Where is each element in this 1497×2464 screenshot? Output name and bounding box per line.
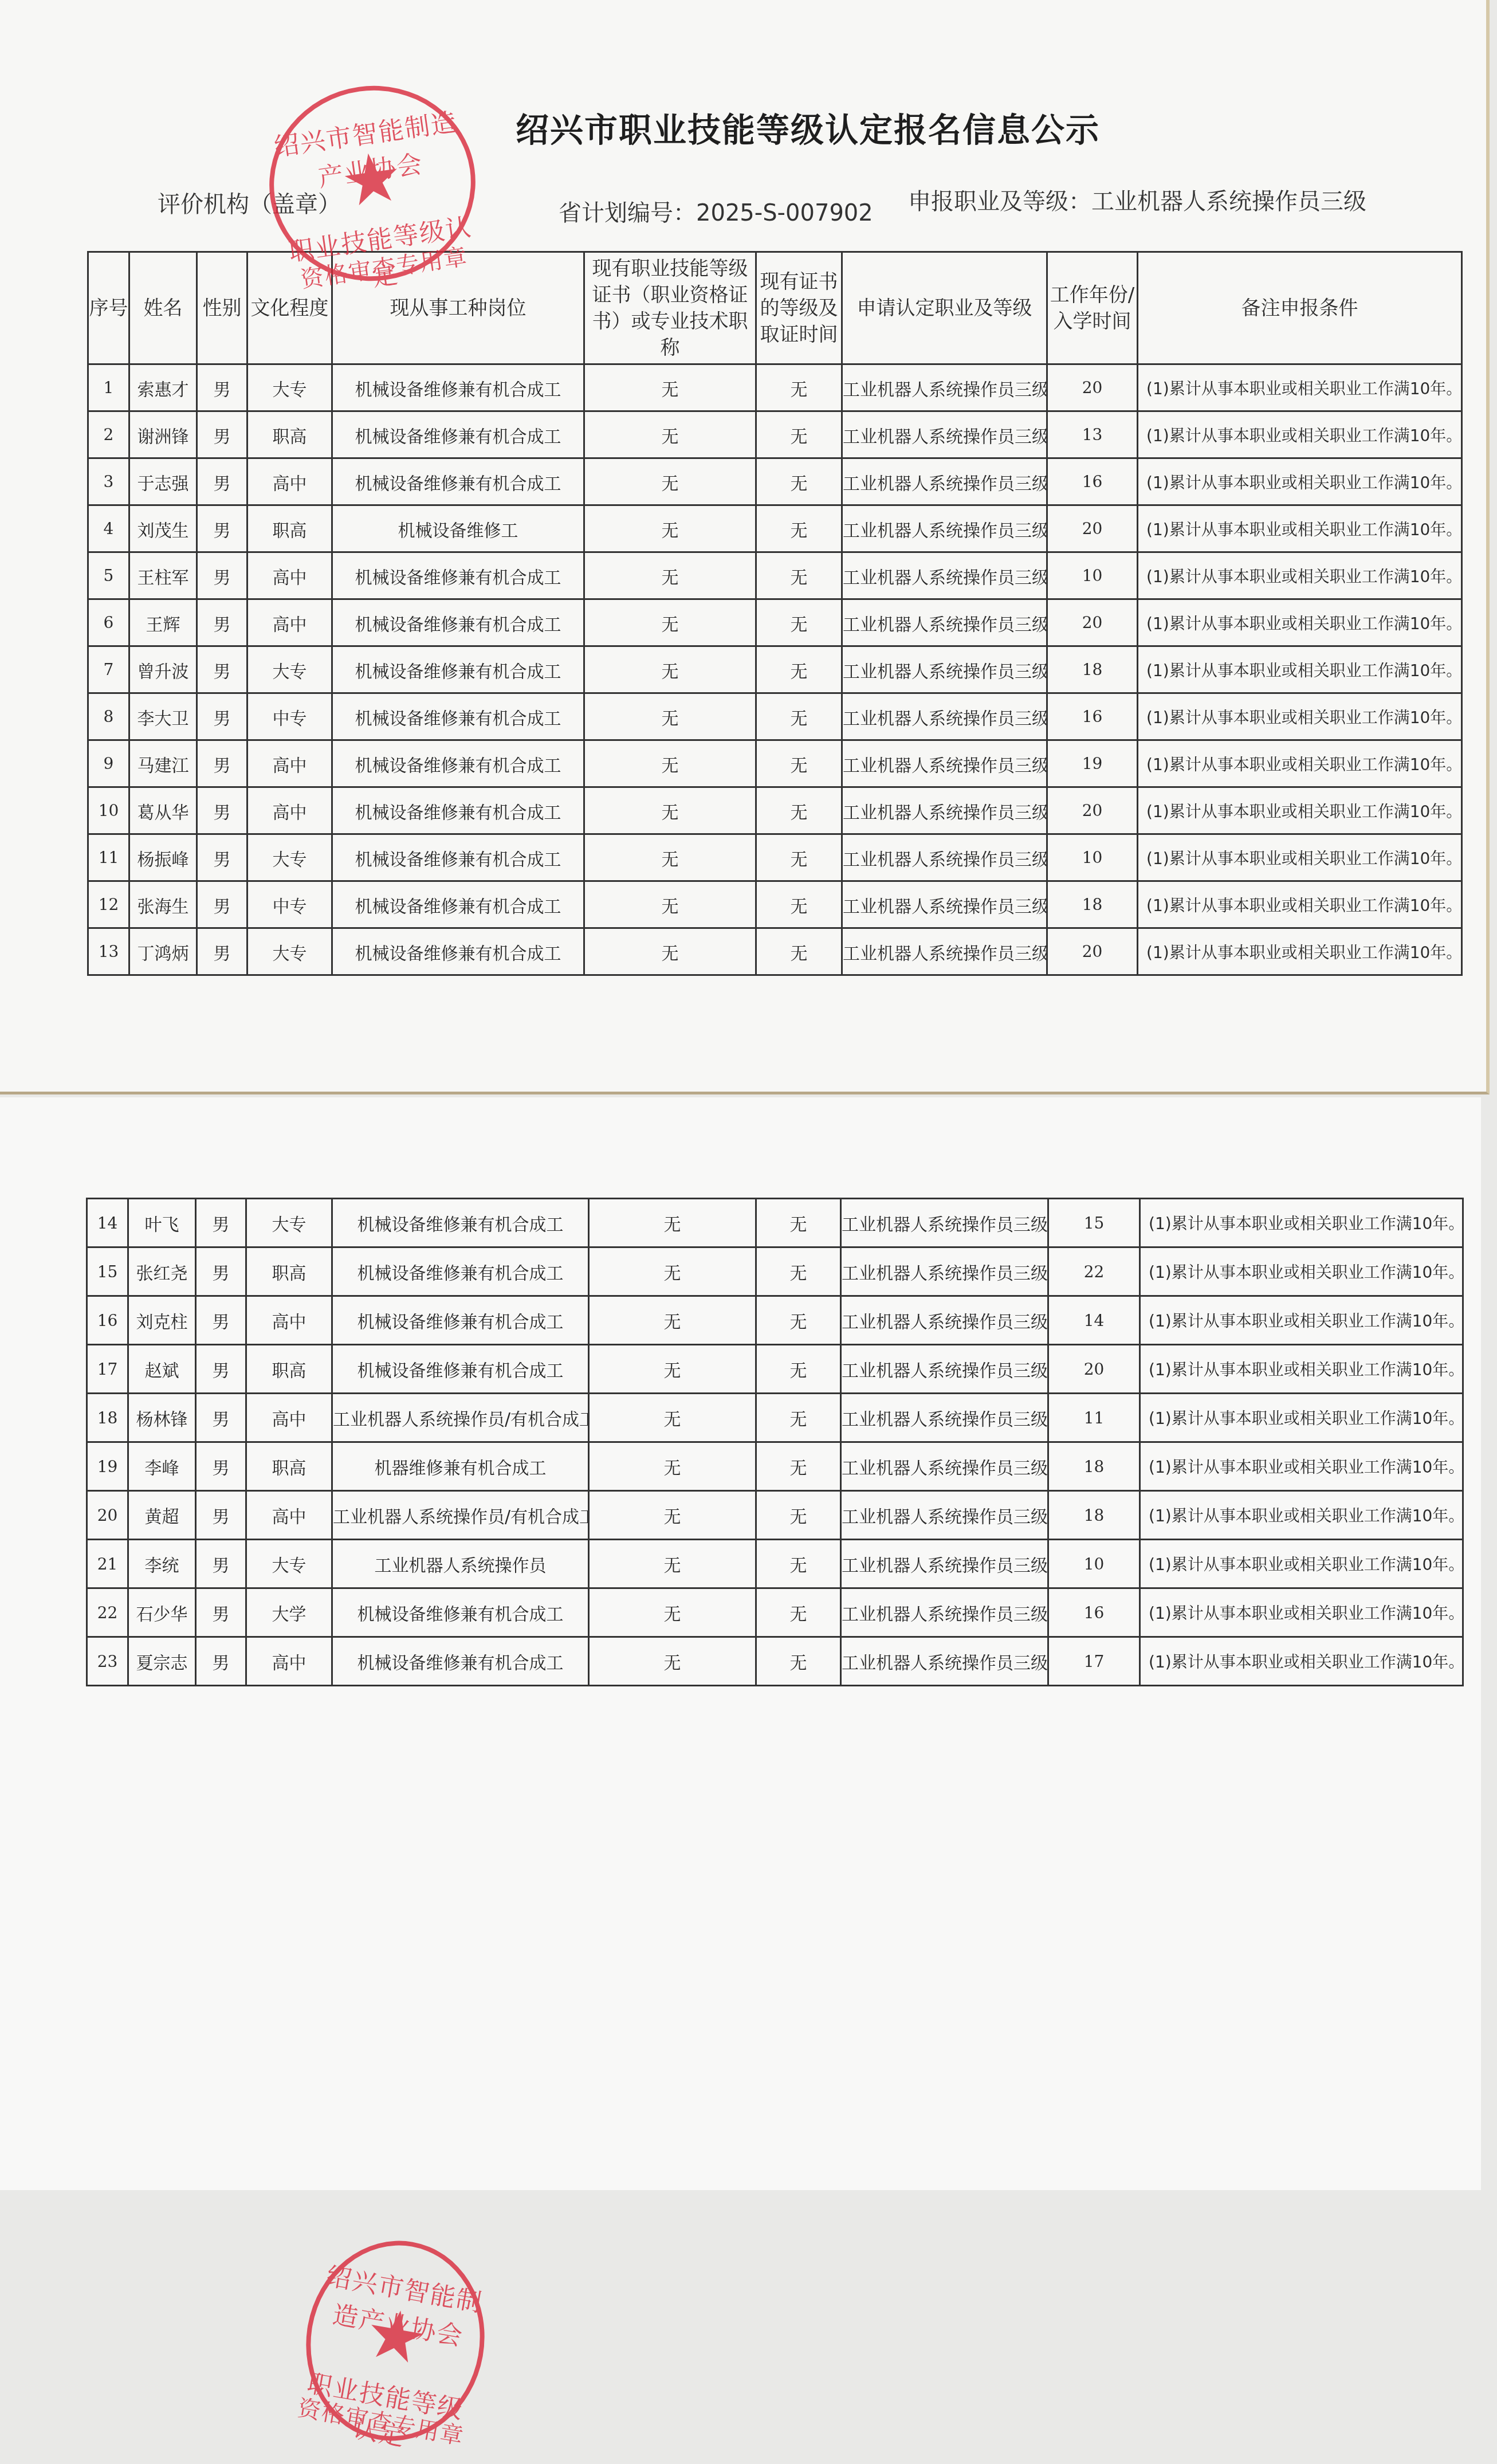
apply-occupation-cell: 工业机器人系统操作员三级 — [841, 1491, 1048, 1540]
row-number-cell: 14 — [87, 1199, 128, 1247]
cert-level-date-cell: 无 — [756, 928, 842, 975]
applicant-name-cell: 于志强 — [129, 458, 197, 505]
current-job-cell: 机械设备维修兼有机合成工 — [332, 1345, 589, 1394]
gender-cell: 男 — [197, 599, 247, 646]
education-level-cell: 高中 — [247, 599, 332, 646]
row-number-cell: 7 — [88, 646, 129, 693]
work-years-cell: 18 — [1047, 881, 1138, 928]
plan-number: 省计划编号：2025-S-007902 — [559, 195, 873, 227]
existing-cert-cell: 无 — [584, 646, 756, 693]
gender-cell: 男 — [197, 458, 247, 505]
applicant-name-cell: 谢洲锋 — [129, 411, 197, 458]
applicant-name-cell: 刘茂生 — [129, 505, 197, 552]
education-level-cell: 高中 — [246, 1296, 332, 1345]
remark-cell: (1)累计从事本职业或相关职业工作满10年。 — [1140, 1345, 1463, 1394]
table-row: 3于志强男高中机械设备维修兼有机合成工无无工业机器人系统操作员三级16(1)累计… — [88, 458, 1462, 505]
existing-cert-cell: 无 — [584, 505, 756, 552]
row-number-cell: 23 — [87, 1637, 128, 1686]
current-job-cell: 机械设备维修兼有机合成工 — [332, 552, 584, 599]
header-no: 序号 — [88, 252, 129, 364]
header-name: 姓名 — [129, 252, 197, 364]
row-number-cell: 19 — [87, 1442, 128, 1491]
table-row: 4刘茂生男职高机械设备维修工无无工业机器人系统操作员三级20(1)累计从事本职业… — [88, 505, 1462, 552]
existing-cert-cell: 无 — [584, 364, 756, 411]
cert-level-date-cell: 无 — [756, 740, 842, 787]
row-number-cell: 1 — [88, 364, 129, 411]
apply-occupation-cell: 工业机器人系统操作员三级 — [841, 1637, 1048, 1686]
current-job-cell: 机械设备维修兼有机合成工 — [332, 881, 584, 928]
education-level-cell: 大专 — [246, 1540, 332, 1588]
work-years-cell: 11 — [1048, 1394, 1140, 1442]
header-education: 文化程度 — [247, 252, 332, 364]
apply-occupation-cell: 工业机器人系统操作员三级 — [842, 364, 1047, 411]
applicant-name-cell: 石少华 — [128, 1588, 196, 1637]
table-row: 18杨林锋男高中工业机器人系统操作员/有机合成工无无工业机器人系统操作员三级11… — [87, 1394, 1463, 1442]
current-job-cell: 机械设备维修兼有机合成工 — [332, 1247, 589, 1296]
work-years-cell: 20 — [1047, 505, 1138, 552]
education-level-cell: 中专 — [247, 881, 332, 928]
education-level-cell: 大专 — [247, 364, 332, 411]
education-level-cell: 职高 — [246, 1345, 332, 1394]
remark-cell: (1)累计从事本职业或相关职业工作满10年。 — [1138, 505, 1462, 552]
existing-cert-cell: 无 — [584, 599, 756, 646]
table-body-page1: 1索惠才男大专机械设备维修兼有机合成工无无工业机器人系统操作员三级20(1)累计… — [88, 364, 1462, 975]
row-number-cell: 17 — [87, 1345, 128, 1394]
work-years-cell: 20 — [1047, 364, 1138, 411]
applicant-name-cell: 张红尧 — [128, 1247, 196, 1296]
current-job-cell: 机械设备维修兼有机合成工 — [332, 599, 584, 646]
applicant-name-cell: 马建江 — [129, 740, 197, 787]
row-number-cell: 15 — [87, 1247, 128, 1296]
applicant-name-cell: 李大卫 — [129, 693, 197, 740]
row-number-cell: 16 — [87, 1296, 128, 1345]
gender-cell: 男 — [196, 1637, 246, 1686]
row-number-cell: 8 — [88, 693, 129, 740]
table-row: 11杨振峰男大专机械设备维修兼有机合成工无无工业机器人系统操作员三级10(1)累… — [88, 834, 1462, 881]
header-gender: 性别 — [197, 252, 247, 364]
apply-occupation-cell: 工业机器人系统操作员三级 — [842, 693, 1047, 740]
table-row: 1索惠才男大专机械设备维修兼有机合成工无无工业机器人系统操作员三级20(1)累计… — [88, 364, 1462, 411]
remark-cell: (1)累计从事本职业或相关职业工作满10年。 — [1140, 1637, 1463, 1686]
row-number-cell: 21 — [87, 1540, 128, 1588]
apply-occupation-cell: 工业机器人系统操作员三级 — [842, 646, 1047, 693]
work-years-cell: 13 — [1047, 411, 1138, 458]
row-number-cell: 10 — [88, 787, 129, 834]
remark-cell: (1)累计从事本职业或相关职业工作满10年。 — [1138, 834, 1462, 881]
table-row: 17赵斌男职高机械设备维修兼有机合成工无无工业机器人系统操作员三级20(1)累计… — [87, 1345, 1463, 1394]
cert-level-date-cell: 无 — [756, 693, 842, 740]
remark-cell: (1)累计从事本职业或相关职业工作满10年。 — [1140, 1442, 1463, 1491]
cert-level-date-cell: 无 — [756, 881, 842, 928]
remark-cell: (1)累计从事本职业或相关职业工作满10年。 — [1138, 599, 1462, 646]
cert-level-date-cell: 无 — [756, 599, 842, 646]
cert-level-date-cell: 无 — [756, 1199, 841, 1247]
table-row: 13丁鸿炳男大专机械设备维修兼有机合成工无无工业机器人系统操作员三级20(1)累… — [88, 928, 1462, 975]
remark-cell: (1)累计从事本职业或相关职业工作满10年。 — [1140, 1199, 1463, 1247]
applicant-name-cell: 刘克柱 — [128, 1296, 196, 1345]
registration-table-page2: 14叶飞男大专机械设备维修兼有机合成工无无工业机器人系统操作员三级15(1)累计… — [86, 1198, 1464, 1686]
education-level-cell: 大专 — [247, 834, 332, 881]
work-years-cell: 16 — [1047, 458, 1138, 505]
education-level-cell: 高中 — [246, 1394, 332, 1442]
existing-cert-cell: 无 — [589, 1296, 756, 1345]
education-level-cell: 高中 — [247, 458, 332, 505]
education-level-cell: 高中 — [246, 1491, 332, 1540]
applicant-name-cell: 杨林锋 — [128, 1394, 196, 1442]
education-level-cell: 高中 — [246, 1637, 332, 1686]
work-years-cell: 10 — [1047, 834, 1138, 881]
remark-cell: (1)累计从事本职业或相关职业工作满10年。 — [1140, 1296, 1463, 1345]
page-sheet-2: 14叶飞男大专机械设备维修兼有机合成工无无工业机器人系统操作员三级15(1)累计… — [0, 1097, 1481, 2190]
document-title: 绍兴市职业技能等级认定报名信息公示 — [516, 103, 1100, 151]
apply-occupation-cell: 工业机器人系统操作员三级 — [841, 1296, 1048, 1345]
table-body-page2: 14叶飞男大专机械设备维修兼有机合成工无无工业机器人系统操作员三级15(1)累计… — [87, 1199, 1463, 1686]
current-job-cell: 机械设备维修兼有机合成工 — [332, 411, 584, 458]
row-number-cell: 12 — [88, 881, 129, 928]
registration-table-page1: 序号 姓名 性别 文化程度 现从事工种岗位 现有职业技能等级证书（职业资格证书）… — [87, 251, 1463, 976]
education-level-cell: 大专 — [247, 646, 332, 693]
apply-occupation-cell: 工业机器人系统操作员三级 — [841, 1442, 1048, 1491]
applicant-name-cell: 李统 — [128, 1540, 196, 1588]
current-job-cell: 工业机器人系统操作员/有机合成工 — [332, 1491, 589, 1540]
gender-cell: 男 — [196, 1296, 246, 1345]
cert-level-date-cell: 无 — [756, 834, 842, 881]
header-apply-occupation: 申请认定职业及等级 — [842, 252, 1047, 364]
apply-occupation-cell: 工业机器人系统操作员三级 — [842, 505, 1047, 552]
existing-cert-cell: 无 — [589, 1540, 756, 1588]
cert-level-date-cell: 无 — [756, 1442, 841, 1491]
current-job-cell: 机械设备维修工 — [332, 505, 584, 552]
table-row: 2谢洲锋男职高机械设备维修兼有机合成工无无工业机器人系统操作员三级13(1)累计… — [88, 411, 1462, 458]
applicant-name-cell: 曾升波 — [129, 646, 197, 693]
existing-cert-cell: 无 — [584, 881, 756, 928]
current-job-cell: 机械设备维修兼有机合成工 — [332, 740, 584, 787]
seal-org-text: 绍兴市智能制造产业协会 — [265, 100, 470, 201]
education-level-cell: 大学 — [246, 1588, 332, 1637]
table-row: 10葛从华男高中机械设备维修兼有机合成工无无工业机器人系统操作员三级20(1)累… — [88, 787, 1462, 834]
row-number-cell: 3 — [88, 458, 129, 505]
header-existing-cert: 现有职业技能等级证书（职业资格证书）或专业技术职称 — [584, 252, 756, 364]
table-row: 5王柱军男高中机械设备维修兼有机合成工无无工业机器人系统操作员三级10(1)累计… — [88, 552, 1462, 599]
remark-cell: (1)累计从事本职业或相关职业工作满10年。 — [1138, 693, 1462, 740]
table-row: 15张红尧男职高机械设备维修兼有机合成工无无工业机器人系统操作员三级22(1)累… — [87, 1247, 1463, 1296]
table-row: 8李大卫男中专机械设备维修兼有机合成工无无工业机器人系统操作员三级16(1)累计… — [88, 693, 1462, 740]
current-job-cell: 机械设备维修兼有机合成工 — [332, 1588, 589, 1637]
cert-level-date-cell: 无 — [756, 1345, 841, 1394]
header-cert-level-date: 现有证书的等级及取证时间 — [756, 252, 842, 364]
applicant-name-cell: 赵斌 — [128, 1345, 196, 1394]
remark-cell: (1)累计从事本职业或相关职业工作满10年。 — [1138, 928, 1462, 975]
apply-occupation-cell: 工业机器人系统操作员三级 — [841, 1345, 1048, 1394]
remark-cell: (1)累计从事本职业或相关职业工作满10年。 — [1138, 787, 1462, 834]
apply-occupation-cell: 工业机器人系统操作员三级 — [842, 834, 1047, 881]
current-job-cell: 机械设备维修兼有机合成工 — [332, 646, 584, 693]
work-years-cell: 18 — [1048, 1491, 1140, 1540]
apply-occupation-cell: 工业机器人系统操作员三级 — [841, 1588, 1048, 1637]
table-row: 7曾升波男大专机械设备维修兼有机合成工无无工业机器人系统操作员三级18(1)累计… — [88, 646, 1462, 693]
remark-cell: (1)累计从事本职业或相关职业工作满10年。 — [1140, 1491, 1463, 1540]
existing-cert-cell: 无 — [584, 411, 756, 458]
gender-cell: 男 — [197, 928, 247, 975]
current-job-cell: 机器维修兼有机合成工 — [332, 1442, 589, 1491]
work-years-cell: 20 — [1047, 787, 1138, 834]
apply-occupation-cell: 工业机器人系统操作员三级 — [842, 787, 1047, 834]
gender-cell: 男 — [197, 834, 247, 881]
existing-cert-cell: 无 — [584, 740, 756, 787]
work-years-cell: 20 — [1047, 599, 1138, 646]
current-job-cell: 机械设备维修兼有机合成工 — [332, 1637, 589, 1686]
remark-cell: (1)累计从事本职业或相关职业工作满10年。 — [1138, 552, 1462, 599]
header-current-job: 现从事工种岗位 — [332, 252, 584, 364]
row-number-cell: 22 — [87, 1588, 128, 1637]
work-years-cell: 15 — [1048, 1199, 1140, 1247]
education-level-cell: 职高 — [246, 1247, 332, 1296]
row-number-cell: 2 — [88, 411, 129, 458]
apply-occupation-cell: 工业机器人系统操作员三级 — [842, 411, 1047, 458]
table-row: 20黄超男高中工业机器人系统操作员/有机合成工无无工业机器人系统操作员三级18(… — [87, 1491, 1463, 1540]
table-row: 6王辉男高中机械设备维修兼有机合成工无无工业机器人系统操作员三级20(1)累计从… — [88, 599, 1462, 646]
applicant-name-cell: 夏宗志 — [128, 1637, 196, 1686]
table-row: 9马建江男高中机械设备维修兼有机合成工无无工业机器人系统操作员三级19(1)累计… — [88, 740, 1462, 787]
row-number-cell: 6 — [88, 599, 129, 646]
table-row: 16刘克柱男高中机械设备维修兼有机合成工无无工业机器人系统操作员三级14(1)累… — [87, 1296, 1463, 1345]
applicant-name-cell: 索惠才 — [129, 364, 197, 411]
remark-cell: (1)累计从事本职业或相关职业工作满10年。 — [1140, 1540, 1463, 1588]
work-years-cell: 14 — [1048, 1296, 1140, 1345]
cert-level-date-cell: 无 — [756, 1540, 841, 1588]
existing-cert-cell: 无 — [589, 1199, 756, 1247]
apply-occupation-cell: 工业机器人系统操作员三级 — [842, 740, 1047, 787]
applicant-name-cell: 李峰 — [128, 1442, 196, 1491]
work-years-cell: 20 — [1048, 1345, 1140, 1394]
applicant-name-cell: 王辉 — [129, 599, 197, 646]
remark-cell: (1)累计从事本职业或相关职业工作满10年。 — [1138, 458, 1462, 505]
current-job-cell: 机械设备维修兼有机合成工 — [332, 928, 584, 975]
cert-level-date-cell: 无 — [756, 1296, 841, 1345]
cert-level-date-cell: 无 — [756, 458, 842, 505]
work-years-cell: 18 — [1048, 1442, 1140, 1491]
work-years-cell: 17 — [1048, 1637, 1140, 1686]
gender-cell: 男 — [197, 881, 247, 928]
existing-cert-cell: 无 — [589, 1247, 756, 1296]
work-years-cell: 10 — [1048, 1540, 1140, 1588]
education-level-cell: 职高 — [247, 505, 332, 552]
gender-cell: 男 — [196, 1588, 246, 1637]
applicant-name-cell: 张海生 — [129, 881, 197, 928]
applicant-name-cell: 葛从华 — [129, 787, 197, 834]
table-row: 14叶飞男大专机械设备维修兼有机合成工无无工业机器人系统操作员三级15(1)累计… — [87, 1199, 1463, 1247]
education-level-cell: 高中 — [247, 787, 332, 834]
header-remark: 备注申报条件 — [1138, 252, 1462, 364]
current-job-cell: 机械设备维修兼有机合成工 — [332, 1199, 589, 1247]
cert-level-date-cell: 无 — [756, 1588, 841, 1637]
apply-occupation-cell: 工业机器人系统操作员三级 — [842, 881, 1047, 928]
gender-cell: 男 — [197, 740, 247, 787]
cert-level-date-cell: 无 — [756, 787, 842, 834]
existing-cert-cell: 无 — [589, 1491, 756, 1540]
applicant-name-cell: 叶飞 — [128, 1199, 196, 1247]
work-years-cell: 16 — [1048, 1588, 1140, 1637]
cert-level-date-cell: 无 — [756, 1491, 841, 1540]
existing-cert-cell: 无 — [584, 787, 756, 834]
cert-level-date-cell: 无 — [756, 364, 842, 411]
row-number-cell: 20 — [87, 1491, 128, 1540]
gender-cell: 男 — [197, 552, 247, 599]
gender-cell: 男 — [196, 1345, 246, 1394]
star-icon: ★ — [336, 142, 407, 218]
table-row: 22石少华男大学机械设备维修兼有机合成工无无工业机器人系统操作员三级16(1)累… — [87, 1588, 1463, 1637]
existing-cert-cell: 无 — [589, 1588, 756, 1637]
header-work-years: 工作年份/入学时间 — [1047, 252, 1138, 364]
education-level-cell: 高中 — [247, 552, 332, 599]
apply-occupation-cell: 工业机器人系统操作员三级 — [841, 1540, 1048, 1588]
existing-cert-cell: 无 — [584, 928, 756, 975]
existing-cert-cell: 无 — [584, 693, 756, 740]
gender-cell: 男 — [196, 1442, 246, 1491]
applicant-name-cell: 丁鸿炳 — [129, 928, 197, 975]
applicant-name-cell: 杨振峰 — [129, 834, 197, 881]
gender-cell: 男 — [197, 787, 247, 834]
education-level-cell: 高中 — [247, 740, 332, 787]
apply-occupation-cell: 工业机器人系统操作员三级 — [842, 928, 1047, 975]
education-level-cell: 大专 — [247, 928, 332, 975]
existing-cert-cell: 无 — [584, 834, 756, 881]
existing-cert-cell: 无 — [589, 1442, 756, 1491]
existing-cert-cell: 无 — [589, 1394, 756, 1442]
apply-occupation-cell: 工业机器人系统操作员三级 — [841, 1199, 1048, 1247]
cert-level-date-cell: 无 — [756, 505, 842, 552]
existing-cert-cell: 无 — [584, 458, 756, 505]
gender-cell: 男 — [197, 646, 247, 693]
remark-cell: (1)累计从事本职业或相关职业工作满10年。 — [1140, 1247, 1463, 1296]
gender-cell: 男 — [196, 1540, 246, 1588]
current-job-cell: 机械设备维修兼有机合成工 — [332, 787, 584, 834]
table-header-row: 序号 姓名 性别 文化程度 现从事工种岗位 现有职业技能等级证书（职业资格证书）… — [88, 252, 1462, 364]
cert-level-date-cell: 无 — [756, 411, 842, 458]
applicant-name-cell: 黄超 — [128, 1491, 196, 1540]
row-number-cell: 4 — [88, 505, 129, 552]
remark-cell: (1)累计从事本职业或相关职业工作满10年。 — [1138, 740, 1462, 787]
education-level-cell: 职高 — [247, 411, 332, 458]
work-years-cell: 20 — [1047, 928, 1138, 975]
applicant-name-cell: 王柱军 — [129, 552, 197, 599]
cert-level-date-cell: 无 — [756, 1637, 841, 1686]
work-years-cell: 10 — [1047, 552, 1138, 599]
page-sheet-1: 绍兴市职业技能等级认定报名信息公示 评价机构（盖章） 省计划编号：2025-S-… — [0, 0, 1490, 1094]
existing-cert-cell: 无 — [589, 1345, 756, 1394]
gender-cell: 男 — [197, 505, 247, 552]
current-job-cell: 机械设备维修兼有机合成工 — [332, 693, 584, 740]
remark-cell: (1)累计从事本职业或相关职业工作满10年。 — [1140, 1394, 1463, 1442]
education-level-cell: 大专 — [246, 1199, 332, 1247]
current-job-cell: 工业机器人系统操作员 — [332, 1540, 589, 1588]
occupation-level: 申报职业及等级：工业机器人系统操作员三级 — [908, 183, 1366, 216]
gender-cell: 男 — [197, 411, 247, 458]
row-number-cell: 13 — [88, 928, 129, 975]
apply-occupation-cell: 工业机器人系统操作员三级 — [842, 599, 1047, 646]
work-years-cell: 19 — [1047, 740, 1138, 787]
gender-cell: 男 — [196, 1491, 246, 1540]
apply-occupation-cell: 工业机器人系统操作员三级 — [842, 552, 1047, 599]
table-row: 12张海生男中专机械设备维修兼有机合成工无无工业机器人系统操作员三级18(1)累… — [88, 881, 1462, 928]
gender-cell: 男 — [197, 364, 247, 411]
table-row: 19李峰男职高机器维修兼有机合成工无无工业机器人系统操作员三级18(1)累计从事… — [87, 1442, 1463, 1491]
cert-level-date-cell: 无 — [756, 1247, 841, 1296]
row-number-cell: 18 — [87, 1394, 128, 1442]
work-years-cell: 16 — [1047, 693, 1138, 740]
cert-level-date-cell: 无 — [756, 1394, 841, 1442]
current-job-cell: 机械设备维修兼有机合成工 — [332, 1296, 589, 1345]
work-years-cell: 22 — [1048, 1247, 1140, 1296]
cert-level-date-cell: 无 — [756, 552, 842, 599]
current-job-cell: 工业机器人系统操作员/有机合成工 — [332, 1394, 589, 1442]
gender-cell: 男 — [197, 693, 247, 740]
gender-cell: 男 — [196, 1247, 246, 1296]
work-years-cell: 18 — [1047, 646, 1138, 693]
table-row: 23夏宗志男高中机械设备维修兼有机合成工无无工业机器人系统操作员三级17(1)累… — [87, 1637, 1463, 1686]
cert-level-date-cell: 无 — [756, 646, 842, 693]
gender-cell: 男 — [196, 1199, 246, 1247]
row-number-cell: 5 — [88, 552, 129, 599]
apply-occupation-cell: 工业机器人系统操作员三级 — [841, 1247, 1048, 1296]
row-number-cell: 11 — [88, 834, 129, 881]
education-level-cell: 中专 — [247, 693, 332, 740]
remark-cell: (1)累计从事本职业或相关职业工作满10年。 — [1138, 646, 1462, 693]
current-job-cell: 机械设备维修兼有机合成工 — [332, 364, 584, 411]
gender-cell: 男 — [196, 1394, 246, 1442]
remark-cell: (1)累计从事本职业或相关职业工作满10年。 — [1138, 364, 1462, 411]
current-job-cell: 机械设备维修兼有机合成工 — [332, 834, 584, 881]
existing-cert-cell: 无 — [584, 552, 756, 599]
current-job-cell: 机械设备维修兼有机合成工 — [332, 458, 584, 505]
remark-cell: (1)累计从事本职业或相关职业工作满10年。 — [1140, 1588, 1463, 1637]
existing-cert-cell: 无 — [589, 1637, 756, 1686]
row-number-cell: 9 — [88, 740, 129, 787]
education-level-cell: 职高 — [246, 1442, 332, 1491]
evaluation-org-label: 评价机构（盖章） — [158, 186, 341, 219]
apply-occupation-cell: 工业机器人系统操作员三级 — [841, 1394, 1048, 1442]
remark-cell: (1)累计从事本职业或相关职业工作满10年。 — [1138, 411, 1462, 458]
table-row: 21李统男大专工业机器人系统操作员无无工业机器人系统操作员三级10(1)累计从事… — [87, 1540, 1463, 1588]
apply-occupation-cell: 工业机器人系统操作员三级 — [842, 458, 1047, 505]
remark-cell: (1)累计从事本职业或相关职业工作满10年。 — [1138, 881, 1462, 928]
